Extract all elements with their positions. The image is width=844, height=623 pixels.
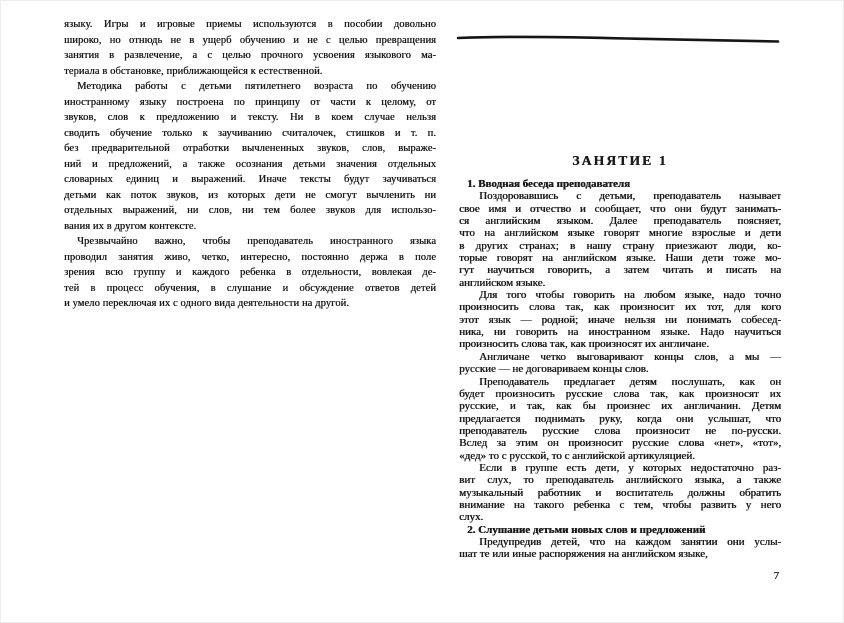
text-line: иностранному языку построена по принципу…	[64, 95, 436, 111]
text-line: свое имя и отчество и сообщает, что они …	[459, 203, 781, 215]
section-heading: 1. Вводная беседа преподавателя	[459, 178, 781, 190]
text-line: ника, ни говорить на иностранном языке. …	[459, 326, 781, 338]
paragraph: языку. Игры и игровые приемы используютс…	[64, 17, 436, 79]
text-line: вания их в другом контексте.	[64, 219, 436, 235]
text-line: Предупредив детей, что на каждом занятии…	[459, 536, 781, 548]
text-line: вит слух, то преподаватель английского я…	[459, 474, 781, 486]
text-line: словарных единиц и выражений. Иначе текс…	[64, 172, 436, 188]
text-line: русские, и так, как бы произнес их англи…	[459, 400, 781, 412]
text-line: сводить обучение только к заучиванию счи…	[64, 126, 436, 142]
text-line: этот язык — родной; иначе нельзя ни пони…	[459, 314, 781, 326]
text-line: предлагается поднимать руку, когда они у…	[459, 413, 781, 425]
hand-drawn-rule	[456, 32, 782, 48]
text-line: детьми как поток звуков, из которых дети…	[64, 188, 436, 204]
paragraph: Предупредив детей, что на каждом занятии…	[459, 536, 781, 561]
text-line: Если в группе есть дети, у которых недос…	[459, 462, 781, 474]
text-line: без предварительной отработки вычлененны…	[64, 141, 436, 157]
text-line: внимание на такого ребенка с тем, чтобы …	[459, 499, 781, 511]
text-line: широко, но отнюдь не в ущерб обучению и …	[64, 33, 436, 49]
text-line: отдельных выражений, ни слов, ни тем бол…	[64, 203, 436, 219]
text-line: тей в процесс обучения, в слушание и обс…	[64, 281, 436, 297]
text-line: произносить слова так, как произносит их…	[459, 301, 781, 313]
text-line: Поздоровавшись с детьми, преподаватель н…	[459, 190, 781, 202]
paragraph: Методика работы с детьми пятилетнего воз…	[64, 79, 436, 234]
text-line: произносить слова так, как произносят их…	[459, 338, 781, 350]
text-line: Преподаватель предлагает детям послушать…	[459, 376, 781, 388]
paragraph: Чрезвычайно важно, чтобы преподаватель и…	[64, 234, 436, 312]
paragraph: Англичане четко выговаривают концы слов,…	[459, 351, 781, 376]
paragraph: Преподаватель предлагает детям послушать…	[459, 376, 781, 462]
text-line: Вслед за этим он произносит русские слов…	[459, 437, 781, 449]
paragraph: Поздоровавшись с детьми, преподаватель н…	[459, 190, 781, 289]
text-line: занятия в развлечение, а с целью прочног…	[64, 48, 436, 64]
text-line: музыкальный работник и воспитатель должн…	[459, 487, 781, 499]
text-line: русские — не договариваем концы слов.	[459, 363, 781, 375]
section-heading: 2. Слушание детьми новых слов и предложе…	[459, 524, 781, 536]
text-line: что на английском языке говорят многие в…	[459, 227, 781, 239]
text-line: ний и предложений, а также осознания дет…	[64, 157, 436, 173]
book-spread: языку. Игры и игровые приемы используютс…	[0, 0, 844, 623]
text-line: гут научиться говорить, а затем читать и…	[459, 264, 781, 276]
text-line: в других странах; в нашу страну приезжаю…	[459, 240, 781, 252]
text-line: звуков, слов к предложению и тексту. Ни …	[64, 110, 436, 126]
text-line: Англичане четко выговаривают концы слов,…	[459, 351, 781, 363]
text-line: «дед» то с русской, то с английской арти…	[459, 450, 781, 462]
text-line: преподаватель русские слова произносит н…	[459, 425, 781, 437]
text-line: проводил занятия живо, четко, интересно,…	[64, 250, 436, 266]
text-line: языку. Игры и игровые приемы используютс…	[64, 17, 436, 33]
text-line: торые говорят на английском языке. Наши …	[459, 252, 781, 264]
paragraph: Если в группе есть дети, у которых недос…	[459, 462, 781, 524]
text-line: ся английским языком. Далее преподавател…	[459, 215, 781, 227]
text-line: териала в обстановке, приближающейся к е…	[64, 64, 436, 80]
text-line: и умело переключая их с одного вида деят…	[64, 296, 436, 312]
lesson-title: ЗАНЯТИЕ 1	[459, 153, 781, 169]
text-line: Чрезвычайно важно, чтобы преподаватель и…	[64, 234, 436, 250]
text-line: Методика работы с детьми пятилетнего воз…	[64, 79, 436, 95]
page-number: 7	[459, 570, 779, 582]
text-line: Для того чтобы говорить на любом языке, …	[459, 289, 781, 301]
text-line: слух.	[459, 511, 781, 523]
paragraph: Для того чтобы говорить на любом языке, …	[459, 289, 781, 351]
text-line: будет произносить русские слова так, как…	[459, 388, 781, 400]
text-line: зрения всю группу и каждого ребенка в от…	[64, 265, 436, 281]
text-line: английском языке.	[459, 277, 781, 289]
right-page: 1. Вводная беседа преподавателяПоздорова…	[459, 178, 781, 561]
text-line: шат те или иные распоряжения на английск…	[459, 548, 781, 560]
left-page: языку. Игры и игровые приемы используютс…	[64, 17, 436, 312]
